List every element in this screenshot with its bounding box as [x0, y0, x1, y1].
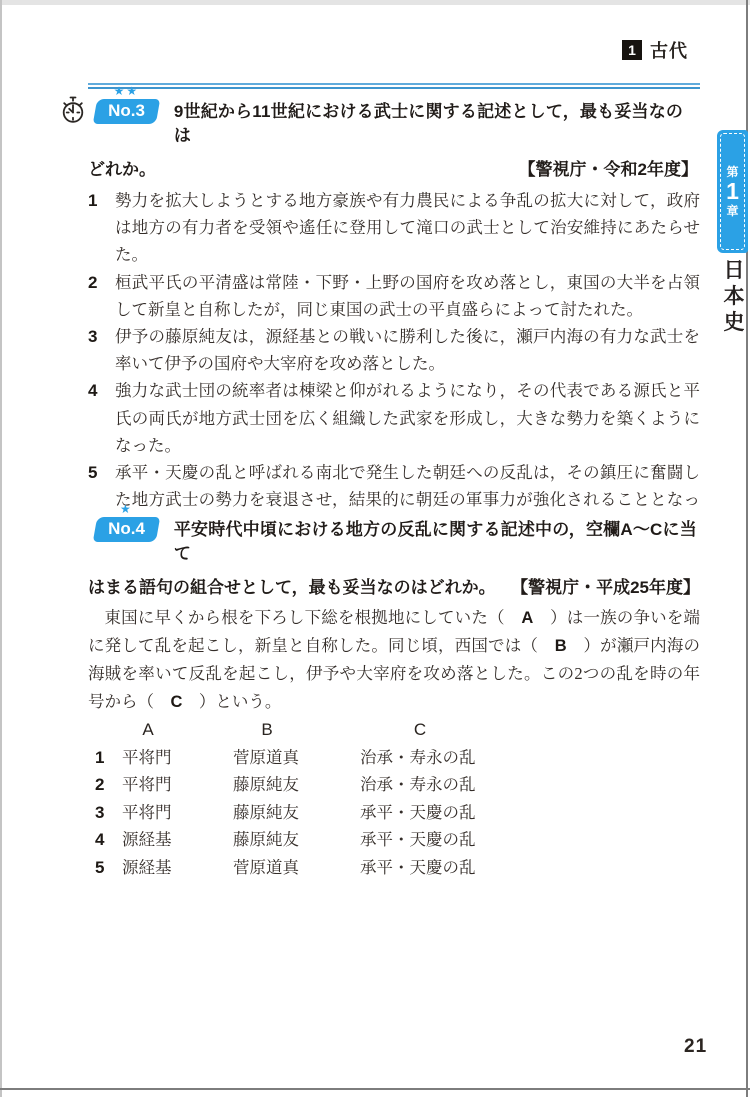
option-number: 4 [88, 377, 115, 459]
option-row: 2 桓武平氏の平清盛は常陸・下野・上野の国府を攻め落とし，東国の大半を占領して新… [88, 269, 700, 323]
tab-suffix: 章 [726, 205, 738, 217]
option-number: 3 [88, 323, 115, 377]
header-label: B [233, 720, 301, 740]
passage-text: 東国に早くから根を下ろし下総を根拠地にしていた（ [105, 608, 522, 627]
cell-c: 承平・天慶の乱 [360, 854, 530, 878]
tab-prefix: 第 [726, 166, 738, 178]
answer-combination-table: A B C 1 平将門 菅原道真 治承・寿永の乱 2 平将門 藤原純友 治承・寿… [95, 720, 700, 882]
question-3-stem-line2: どれか。 [88, 155, 156, 180]
question-4-header: ★ No.4 平安時代中頃における地方の反乱に関する記述中の，空欄A～Cに当て [88, 512, 700, 566]
question-4-stem-line2: はまる語句の組合せとして，最も妥当なのはどれか。 [88, 573, 496, 598]
chapter-corner-header: 1 古代 [622, 37, 688, 63]
cell-b: 菅原道真 [233, 854, 360, 878]
cell-a: 源経基 [122, 826, 233, 850]
scan-edge-top [0, 0, 750, 5]
table-header-a: A [122, 720, 233, 740]
question-number-badge: No.3 [93, 99, 160, 124]
question-4-source: 【警視庁・平成25年度】 [511, 573, 700, 598]
question-number-badge: No.4 [93, 517, 160, 542]
question-4-stem-line1: 平安時代中頃における地方の反乱に関する記述中の，空欄A～Cに当て [174, 512, 700, 566]
question-number-label: No.3 [108, 101, 145, 121]
chapter-side-tab-inner: 第 1 章 [720, 133, 745, 250]
question-3-options: 1 勢力を拡大しようとする地方豪族や有力農民による争乱の拡大に対して，政府は地方… [88, 187, 700, 541]
option-row: 4 強力な武士団の統率者は棟梁と仰がれるようになり，その代表である源氏と平氏の両… [88, 377, 700, 459]
question-number-label: No.4 [108, 519, 145, 539]
textbook-page: 1 古代 ★★ [0, 0, 750, 1097]
difficulty-stars: ★ [95, 503, 158, 515]
subject-char: 本 [721, 284, 747, 310]
cell-a: 源経基 [122, 854, 233, 878]
chapter-number-box: 1 [622, 40, 642, 60]
question-3-badge-wrap: ★★ No.3 [95, 99, 158, 124]
question-3-stem-line1: 9世紀から11世紀における武士に関する記述として，最も妥当なのは [174, 94, 698, 148]
table-row: 5 源経基 菅原道真 承平・天慶の乱 [95, 854, 700, 882]
option-row: 3 伊予の藤原純友は，源経基との戦いに勝利した後に，瀬戸内海の有力な武士を率いて… [88, 323, 700, 377]
chapter-side-tab: 第 1 章 [717, 130, 748, 253]
row-number: 5 [95, 858, 122, 878]
table-header-c: C [360, 720, 530, 740]
option-text: 勢力を拡大しようとする地方豪族や有力農民による争乱の拡大に対して，政府は地方の有… [115, 187, 700, 269]
option-text: 桓武平氏の平清盛は常陸・下野・上野の国府を攻め落とし，東国の大半を占領して新皇と… [115, 269, 700, 323]
passage-text: ）という。 [182, 692, 281, 711]
question-4: ★ No.4 平安時代中頃における地方の反乱に関する記述中の，空欄A～Cに当て … [88, 512, 700, 881]
subject-vertical-label: 日 本 史 [721, 258, 747, 336]
question-4-passage: 東国に早くから根を下ろし下総を根拠地にしていた（ A ）は一族の争いを端に発して… [88, 604, 700, 716]
table-row: 2 平将門 藤原純友 治承・寿永の乱 [95, 771, 700, 799]
blank-letter-a: A [521, 609, 533, 627]
table-header-b: B [233, 720, 360, 740]
question-4-badge-wrap: ★ No.4 [95, 517, 158, 542]
blank-letter-c: C [171, 693, 183, 711]
page-number: 21 [684, 1036, 707, 1058]
row-number: 2 [95, 775, 122, 795]
table-header-row: A B C [95, 720, 700, 744]
row-number: 3 [95, 803, 122, 823]
question-4-stem-line2-row: はまる語句の組合せとして，最も妥当なのはどれか。 【警視庁・平成25年度】 [88, 573, 700, 598]
option-row: 1 勢力を拡大しようとする地方豪族や有力農民による争乱の拡大に対して，政府は地方… [88, 187, 700, 269]
header-label: A [122, 720, 174, 740]
subject-char: 日 [721, 258, 747, 284]
option-number: 2 [88, 269, 115, 323]
cell-c: 承平・天慶の乱 [360, 826, 530, 850]
cell-b: 藤原純友 [233, 771, 360, 795]
blue-double-rule [88, 83, 700, 89]
cell-b: 藤原純友 [233, 799, 360, 823]
option-text: 伊予の藤原純友は，源経基との戦いに勝利した後に，瀬戸内海の有力な武士を率いて伊予… [115, 323, 700, 377]
header-label: C [360, 720, 480, 740]
table-row: 1 平将門 菅原道真 治承・寿永の乱 [95, 744, 700, 772]
question-3-header: ★★ No.3 9世紀から11世紀における武士に関する記述として，最も妥当なのは [60, 94, 698, 148]
question-3-source: 【警視庁・令和2年度】 [519, 155, 698, 180]
question-3: ★★ No.3 9世紀から11世紀における武士に関する記述として，最も妥当なのは… [60, 94, 698, 541]
cell-b: 藤原純友 [233, 826, 360, 850]
cell-c: 治承・寿永の乱 [360, 744, 530, 768]
scan-edge-left [0, 0, 2, 1097]
option-number: 1 [88, 187, 115, 269]
cell-b: 菅原道真 [233, 744, 360, 768]
subject-char: 史 [721, 310, 747, 336]
tab-chapter-number: 1 [726, 180, 739, 203]
cell-a: 平将門 [122, 799, 233, 823]
row-number: 1 [95, 748, 122, 768]
option-text: 強力な武士団の統率者は棟梁と仰がれるようになり，その代表である源氏と平氏の両氏が… [115, 377, 700, 459]
cell-c: 治承・寿永の乱 [360, 771, 530, 795]
cell-a: 平将門 [122, 744, 233, 768]
row-number: 4 [95, 830, 122, 850]
scan-edge-bottom [0, 1088, 750, 1090]
cell-a: 平将門 [122, 771, 233, 795]
cell-c: 承平・天慶の乱 [360, 799, 530, 823]
question-3-stem-line2-row: どれか。 【警視庁・令和2年度】 [88, 155, 698, 180]
blank-letter-b: B [555, 637, 567, 655]
difficulty-stars: ★★ [95, 85, 158, 97]
stopwatch-icon [60, 96, 86, 124]
chapter-title: 古代 [650, 37, 688, 63]
table-row: 3 平将門 藤原純友 承平・天慶の乱 [95, 799, 700, 827]
table-row: 4 源経基 藤原純友 承平・天慶の乱 [95, 826, 700, 854]
